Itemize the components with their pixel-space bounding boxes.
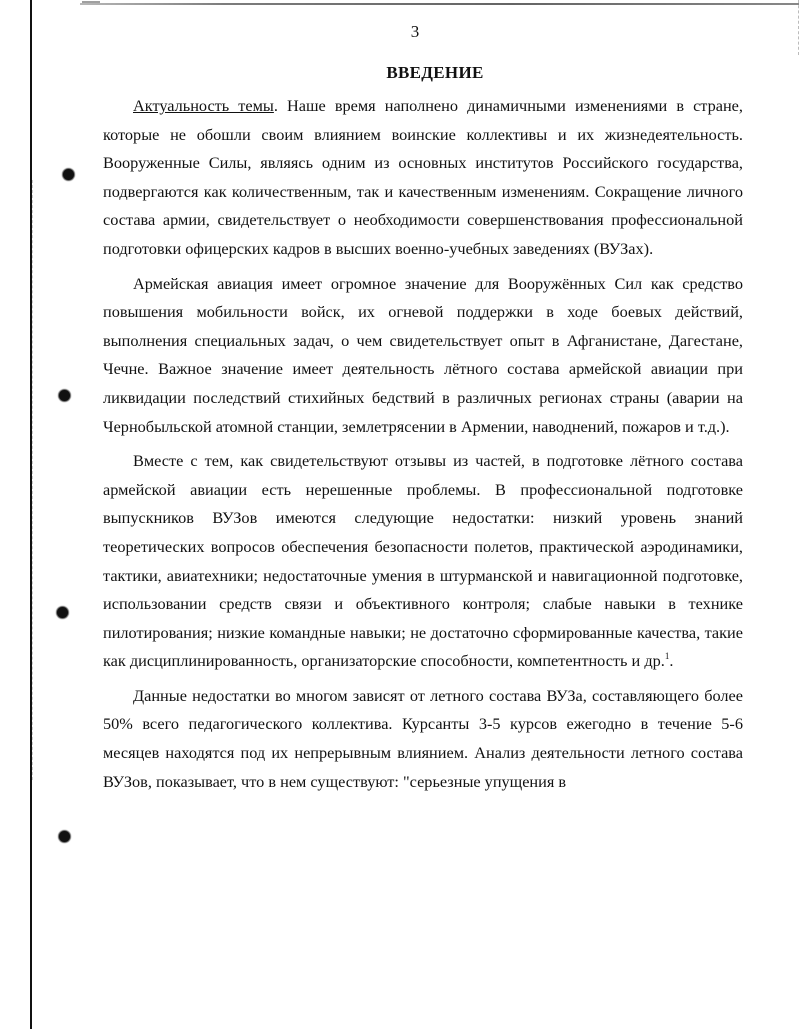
document-body: Актуальность темы. Наше время наполнено … [103,92,743,796]
page-number: 3 [0,22,799,42]
section-heading: ВВЕДЕНИЕ [0,63,799,83]
paragraph-text: . Наше время наполнено динамичными измен… [103,96,743,258]
paragraph-text: Вместе с тем, как свидетельствуют отзывы… [103,451,743,670]
scan-left-faint-edge [32,180,34,780]
relevance-lead: Актуальность темы [133,96,274,115]
paragraph-problems: Вместе с тем, как свидетельствуют отзывы… [103,447,743,676]
punch-hole-icon [57,607,68,618]
punch-hole-icon [59,831,70,842]
paragraph-relevance: Актуальность темы. Наше время наполнено … [103,92,743,264]
paragraph-army-aviation: Армейская авиация имеет огромное значени… [103,270,743,442]
paragraph-shortcomings: Данные недостатки во многом зависят от л… [103,682,743,796]
paragraph-text: Армейская авиация имеет огромное значени… [103,274,743,436]
scan-top-rule [80,3,799,5]
punch-hole-icon [63,169,74,180]
paragraph-text: Данные недостатки во многом зависят от л… [103,686,743,791]
punch-hole-icon [59,390,70,401]
paragraph-tail: . [669,651,673,670]
